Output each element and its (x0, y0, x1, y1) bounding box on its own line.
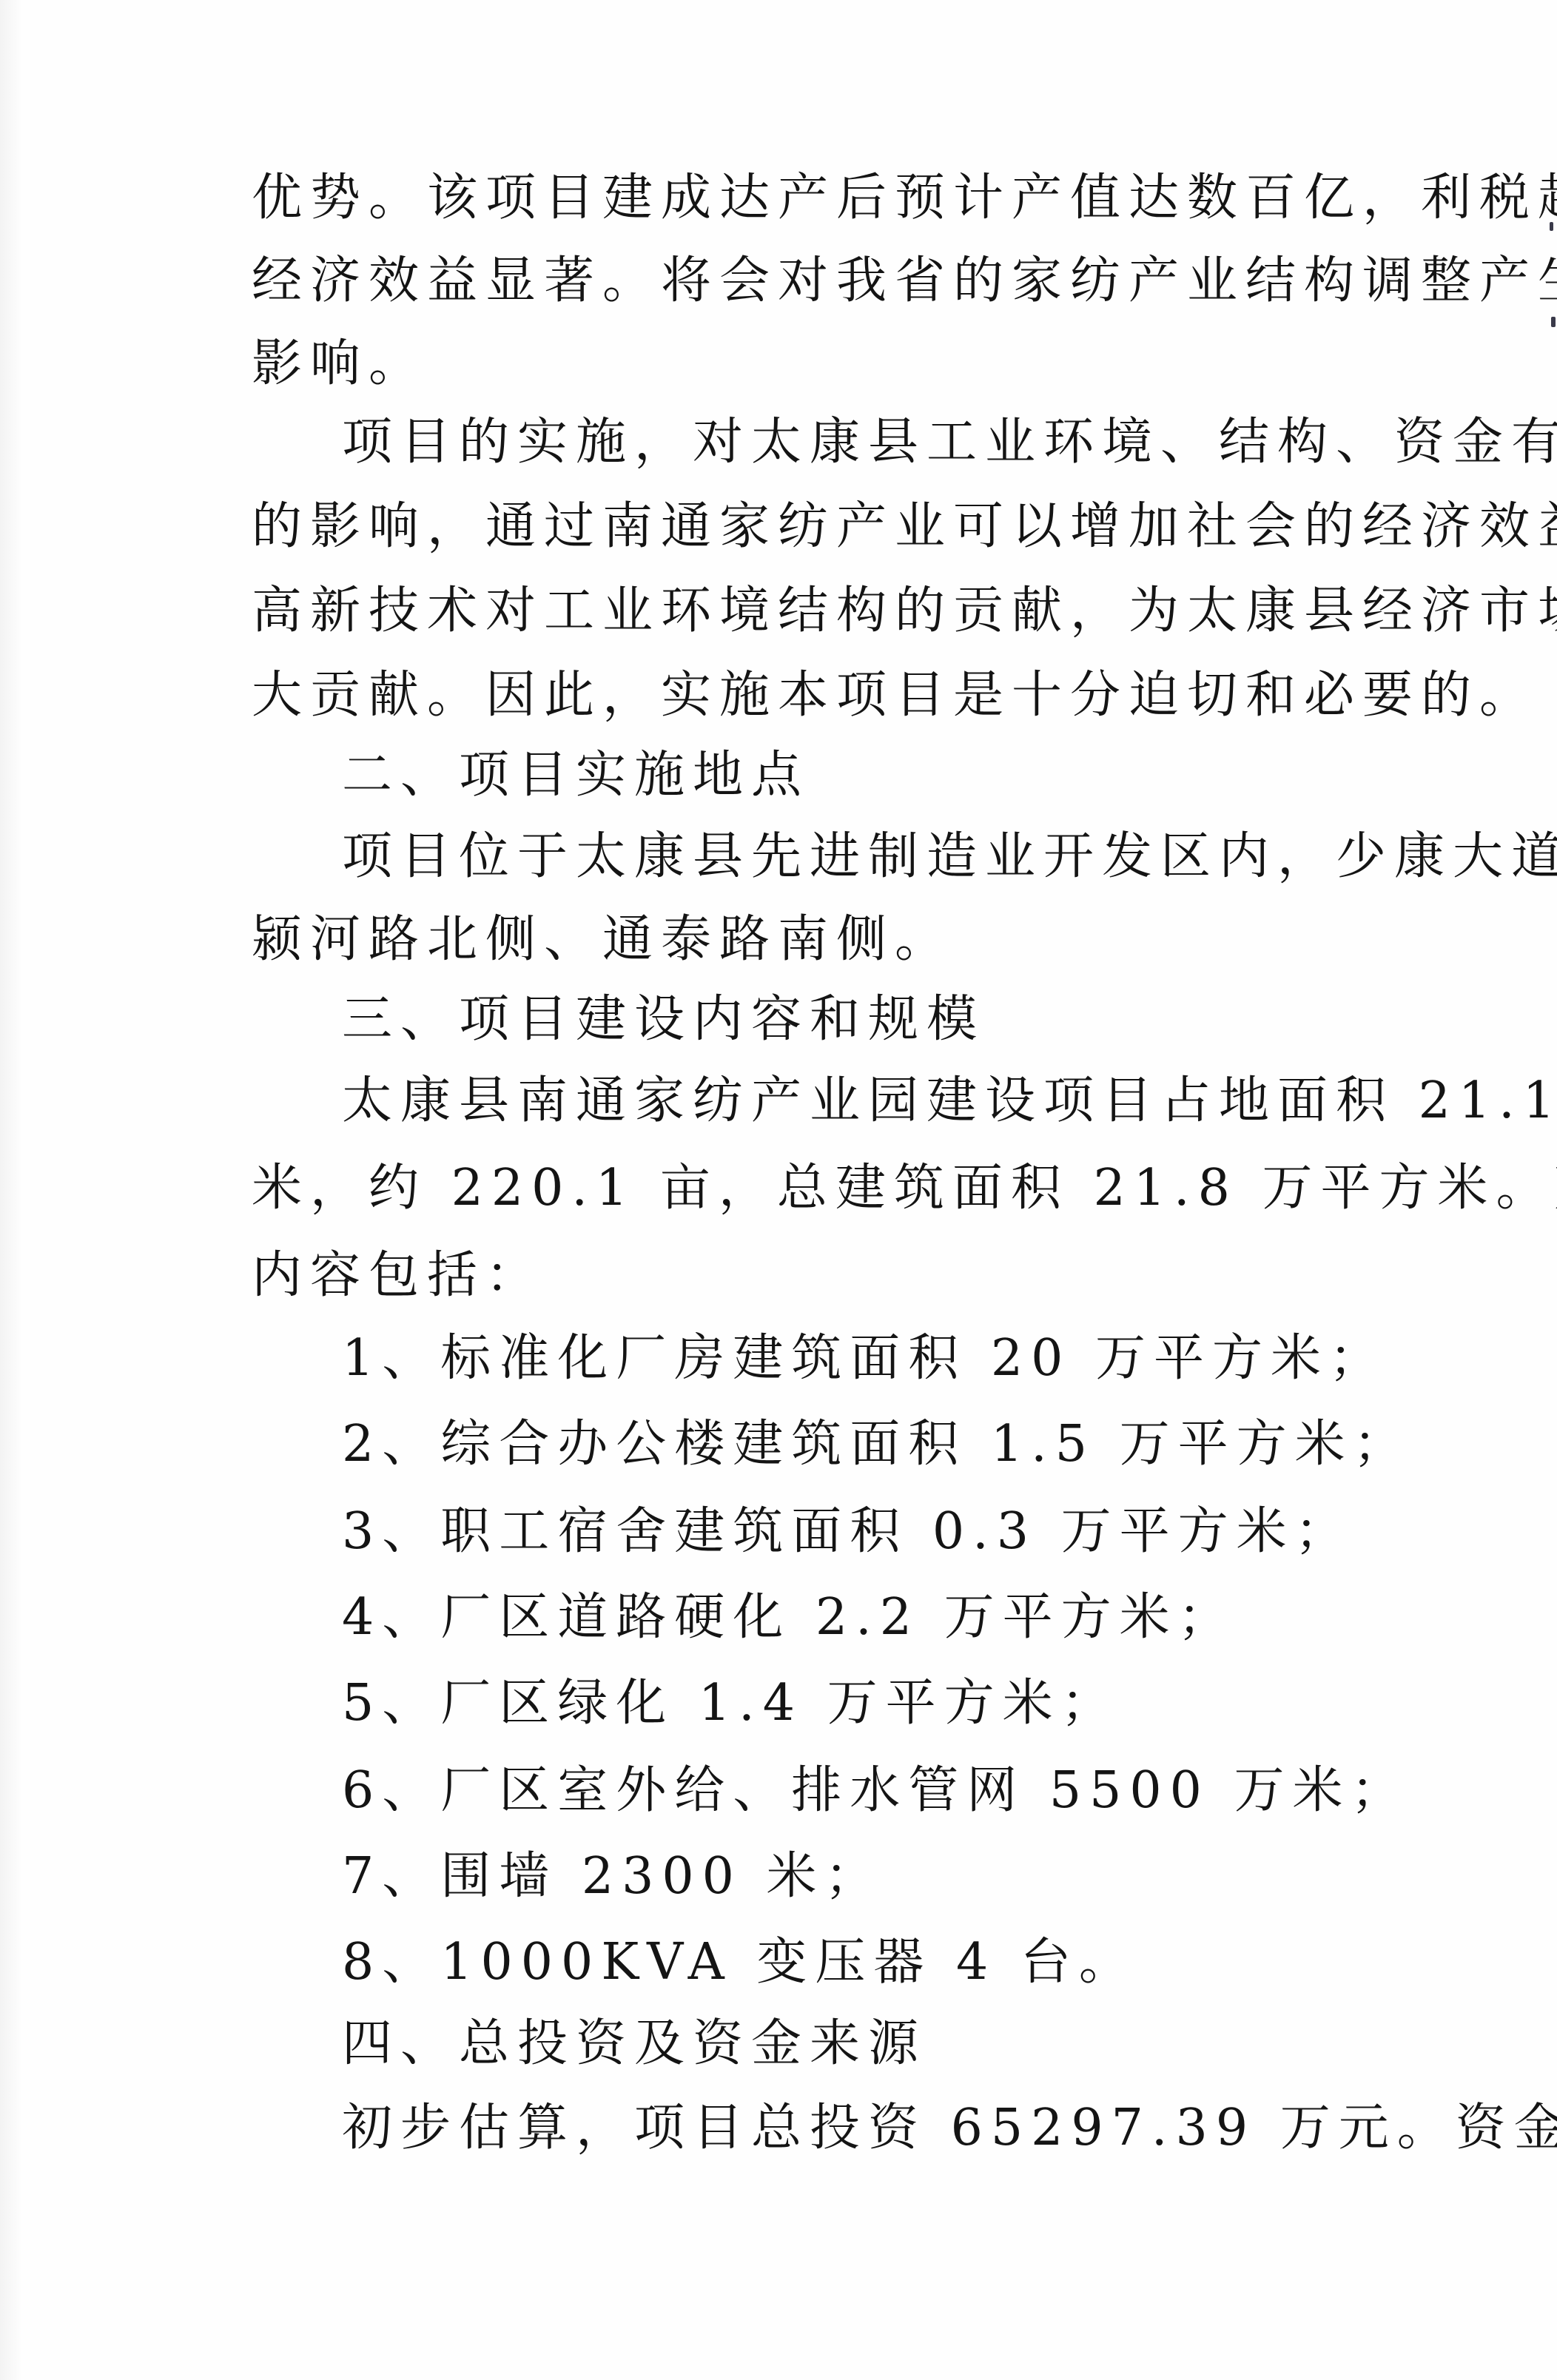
section-3-heading: 三、项目建设内容和规模 (342, 990, 985, 1049)
section-4-heading: 四、总投资及资金来源 (342, 2014, 927, 2074)
section-3-line-2: 米，约 220.1 亩，总建筑面积 21.8 万平方米。建设的主要 (252, 1159, 1557, 1218)
list-item-2: 2、综合办公楼建筑面积 1.5 万平方米； (342, 1415, 1412, 1474)
paragraph-2-line-1: 项目的实施，对太康县工业环境、结构、资金有着重要 (342, 413, 1557, 472)
list-item-5: 5、厂区绿化 1.4 万平方米； (342, 1674, 1120, 1733)
list-item-4: 4、厂区道路硬化 2.2 万平方米； (342, 1588, 1237, 1647)
list-item-8: 8、1000KVA 变压器 4 台。 (342, 1933, 1137, 1992)
document-page: 优势。该项目建成达产后预计产值达数百亿，利税超 10 亿， 经济效益显著。将会对… (0, 0, 1557, 2380)
section-2-line-2: 颍河路北侧、通泰路南侧。 (252, 910, 953, 969)
paragraph-1-line-1: 优势。该项目建成达产后预计产值达数百亿，利税超 10 亿， (252, 169, 1557, 228)
section-2-line-1: 项目位于太康县先进制造业开发区内，少康大道东侧、 (342, 827, 1557, 887)
section-3-line-3: 内容包括： (252, 1246, 544, 1305)
section-4-line-1: 初步估算，项目总投资 65297.39 万元。资金来源为申 (342, 2099, 1557, 2158)
list-item-1: 1、标准化厂房建筑面积 20 万平方米； (342, 1329, 1388, 1388)
list-item-7: 7、围墙 2300 米； (342, 1847, 884, 1906)
list-item-6: 6、厂区室外给、排水管网 5500 万米； (342, 1761, 1410, 1821)
section-2-heading: 二、项目实施地点 (342, 746, 810, 805)
list-item-3: 3、职工宿舍建筑面积 0.3 万平方米； (342, 1502, 1353, 1562)
paragraph-2-line-3: 高新技术对工业环境结构的贡献，为太康县经济市场做出巨 (252, 582, 1557, 641)
scan-artifact-mark (1551, 317, 1556, 327)
paragraph-1-line-2: 经济效益显著。将会对我省的家纺产业结构调整产生积极的 (252, 252, 1557, 311)
paragraph-1-line-3: 影响。 (252, 335, 427, 394)
scan-artifact-mark (1550, 222, 1553, 231)
paragraph-2-line-4: 大贡献。因此，实施本项目是十分迫切和必要的。 (252, 666, 1538, 725)
scan-edge-shadow (0, 0, 22, 2380)
section-3-line-1: 太康县南通家纺产业园建设项目占地面积 21.1 万平方 (342, 1072, 1557, 1131)
paragraph-2-line-2: 的影响，通过南通家纺产业可以增加社会的经济效益，提高 (252, 497, 1557, 557)
